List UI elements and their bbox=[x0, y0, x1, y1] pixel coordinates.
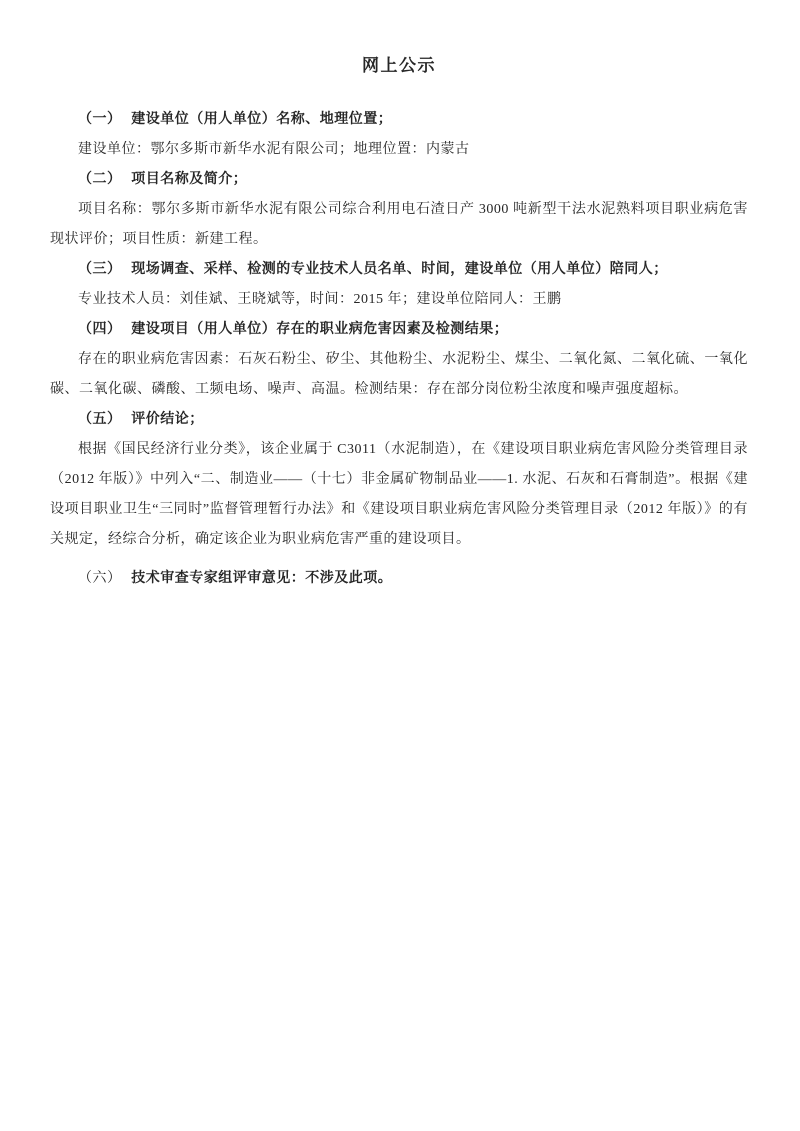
section-2-body: 项目名称：鄂尔多斯市新华水泥有限公司综合利用电石渣日产 3000 吨新型干法水泥… bbox=[50, 195, 748, 255]
section-4-number: （四） bbox=[78, 322, 122, 337]
section-1-heading: （一）建设单位（用人单位）名称、地理位置； bbox=[50, 105, 748, 135]
section-3: （三）现场调查、采样、检测的专业技术人员名单、时间，建设单位（用人单位）陪同人；… bbox=[50, 255, 748, 315]
section-6-heading-text: 技术审查专家组评审意见：不涉及此项。 bbox=[131, 571, 392, 586]
section-1-number: （一） bbox=[78, 112, 122, 127]
section-5-body: 根据《国民经济行业分类》，该企业属于 C3011（水泥制造），在《建设项目职业病… bbox=[50, 435, 748, 555]
section-2-number: （二） bbox=[78, 172, 122, 187]
section-2: （二）项目名称及简介； 项目名称：鄂尔多斯市新华水泥有限公司综合利用电石渣日产 … bbox=[50, 165, 748, 255]
section-6: （六）技术审查专家组评审意见：不涉及此项。 bbox=[50, 564, 748, 594]
section-1-heading-text: 建设单位（用人单位）名称、地理位置； bbox=[131, 112, 392, 127]
section-5-heading: （五）评价结论； bbox=[50, 405, 748, 435]
document-page: 网上公示 （一）建设单位（用人单位）名称、地理位置； 建设单位：鄂尔多斯市新华水… bbox=[0, 0, 800, 1131]
section-3-heading: （三）现场调查、采样、检测的专业技术人员名单、时间，建设单位（用人单位）陪同人； bbox=[50, 255, 748, 285]
section-4-heading: （四）建设项目（用人单位）存在的职业病危害因素及检测结果； bbox=[50, 315, 748, 345]
section-3-body: 专业技术人员：刘佳斌、王晓斌等，时间：2015 年；建设单位陪同人：王鹏 bbox=[50, 285, 748, 315]
section-3-number: （三） bbox=[78, 262, 122, 277]
section-4: （四）建设项目（用人单位）存在的职业病危害因素及检测结果； 存在的职业病危害因素… bbox=[50, 315, 748, 405]
section-6-heading: （六）技术审查专家组评审意见：不涉及此项。 bbox=[50, 564, 748, 594]
section-3-heading-text: 现场调查、采样、检测的专业技术人员名单、时间，建设单位（用人单位）陪同人； bbox=[131, 262, 668, 277]
section-1: （一）建设单位（用人单位）名称、地理位置； 建设单位：鄂尔多斯市新华水泥有限公司… bbox=[50, 105, 748, 165]
section-4-body: 存在的职业病危害因素：石灰石粉尘、矽尘、其他粉尘、水泥粉尘、煤尘、二氧化氮、二氧… bbox=[50, 345, 748, 405]
section-2-heading: （二）项目名称及简介； bbox=[50, 165, 748, 195]
section-1-body: 建设单位：鄂尔多斯市新华水泥有限公司；地理位置：内蒙古 bbox=[50, 135, 748, 165]
section-6-number: （六） bbox=[78, 571, 122, 586]
section-5: （五）评价结论； 根据《国民经济行业分类》，该企业属于 C3011（水泥制造），… bbox=[50, 405, 748, 555]
section-5-number: （五） bbox=[78, 412, 122, 427]
section-2-heading-text: 项目名称及简介； bbox=[131, 172, 247, 187]
document-title: 网上公示 bbox=[50, 55, 748, 77]
section-4-heading-text: 建设项目（用人单位）存在的职业病危害因素及检测结果； bbox=[131, 322, 508, 337]
section-5-heading-text: 评价结论； bbox=[131, 412, 204, 427]
